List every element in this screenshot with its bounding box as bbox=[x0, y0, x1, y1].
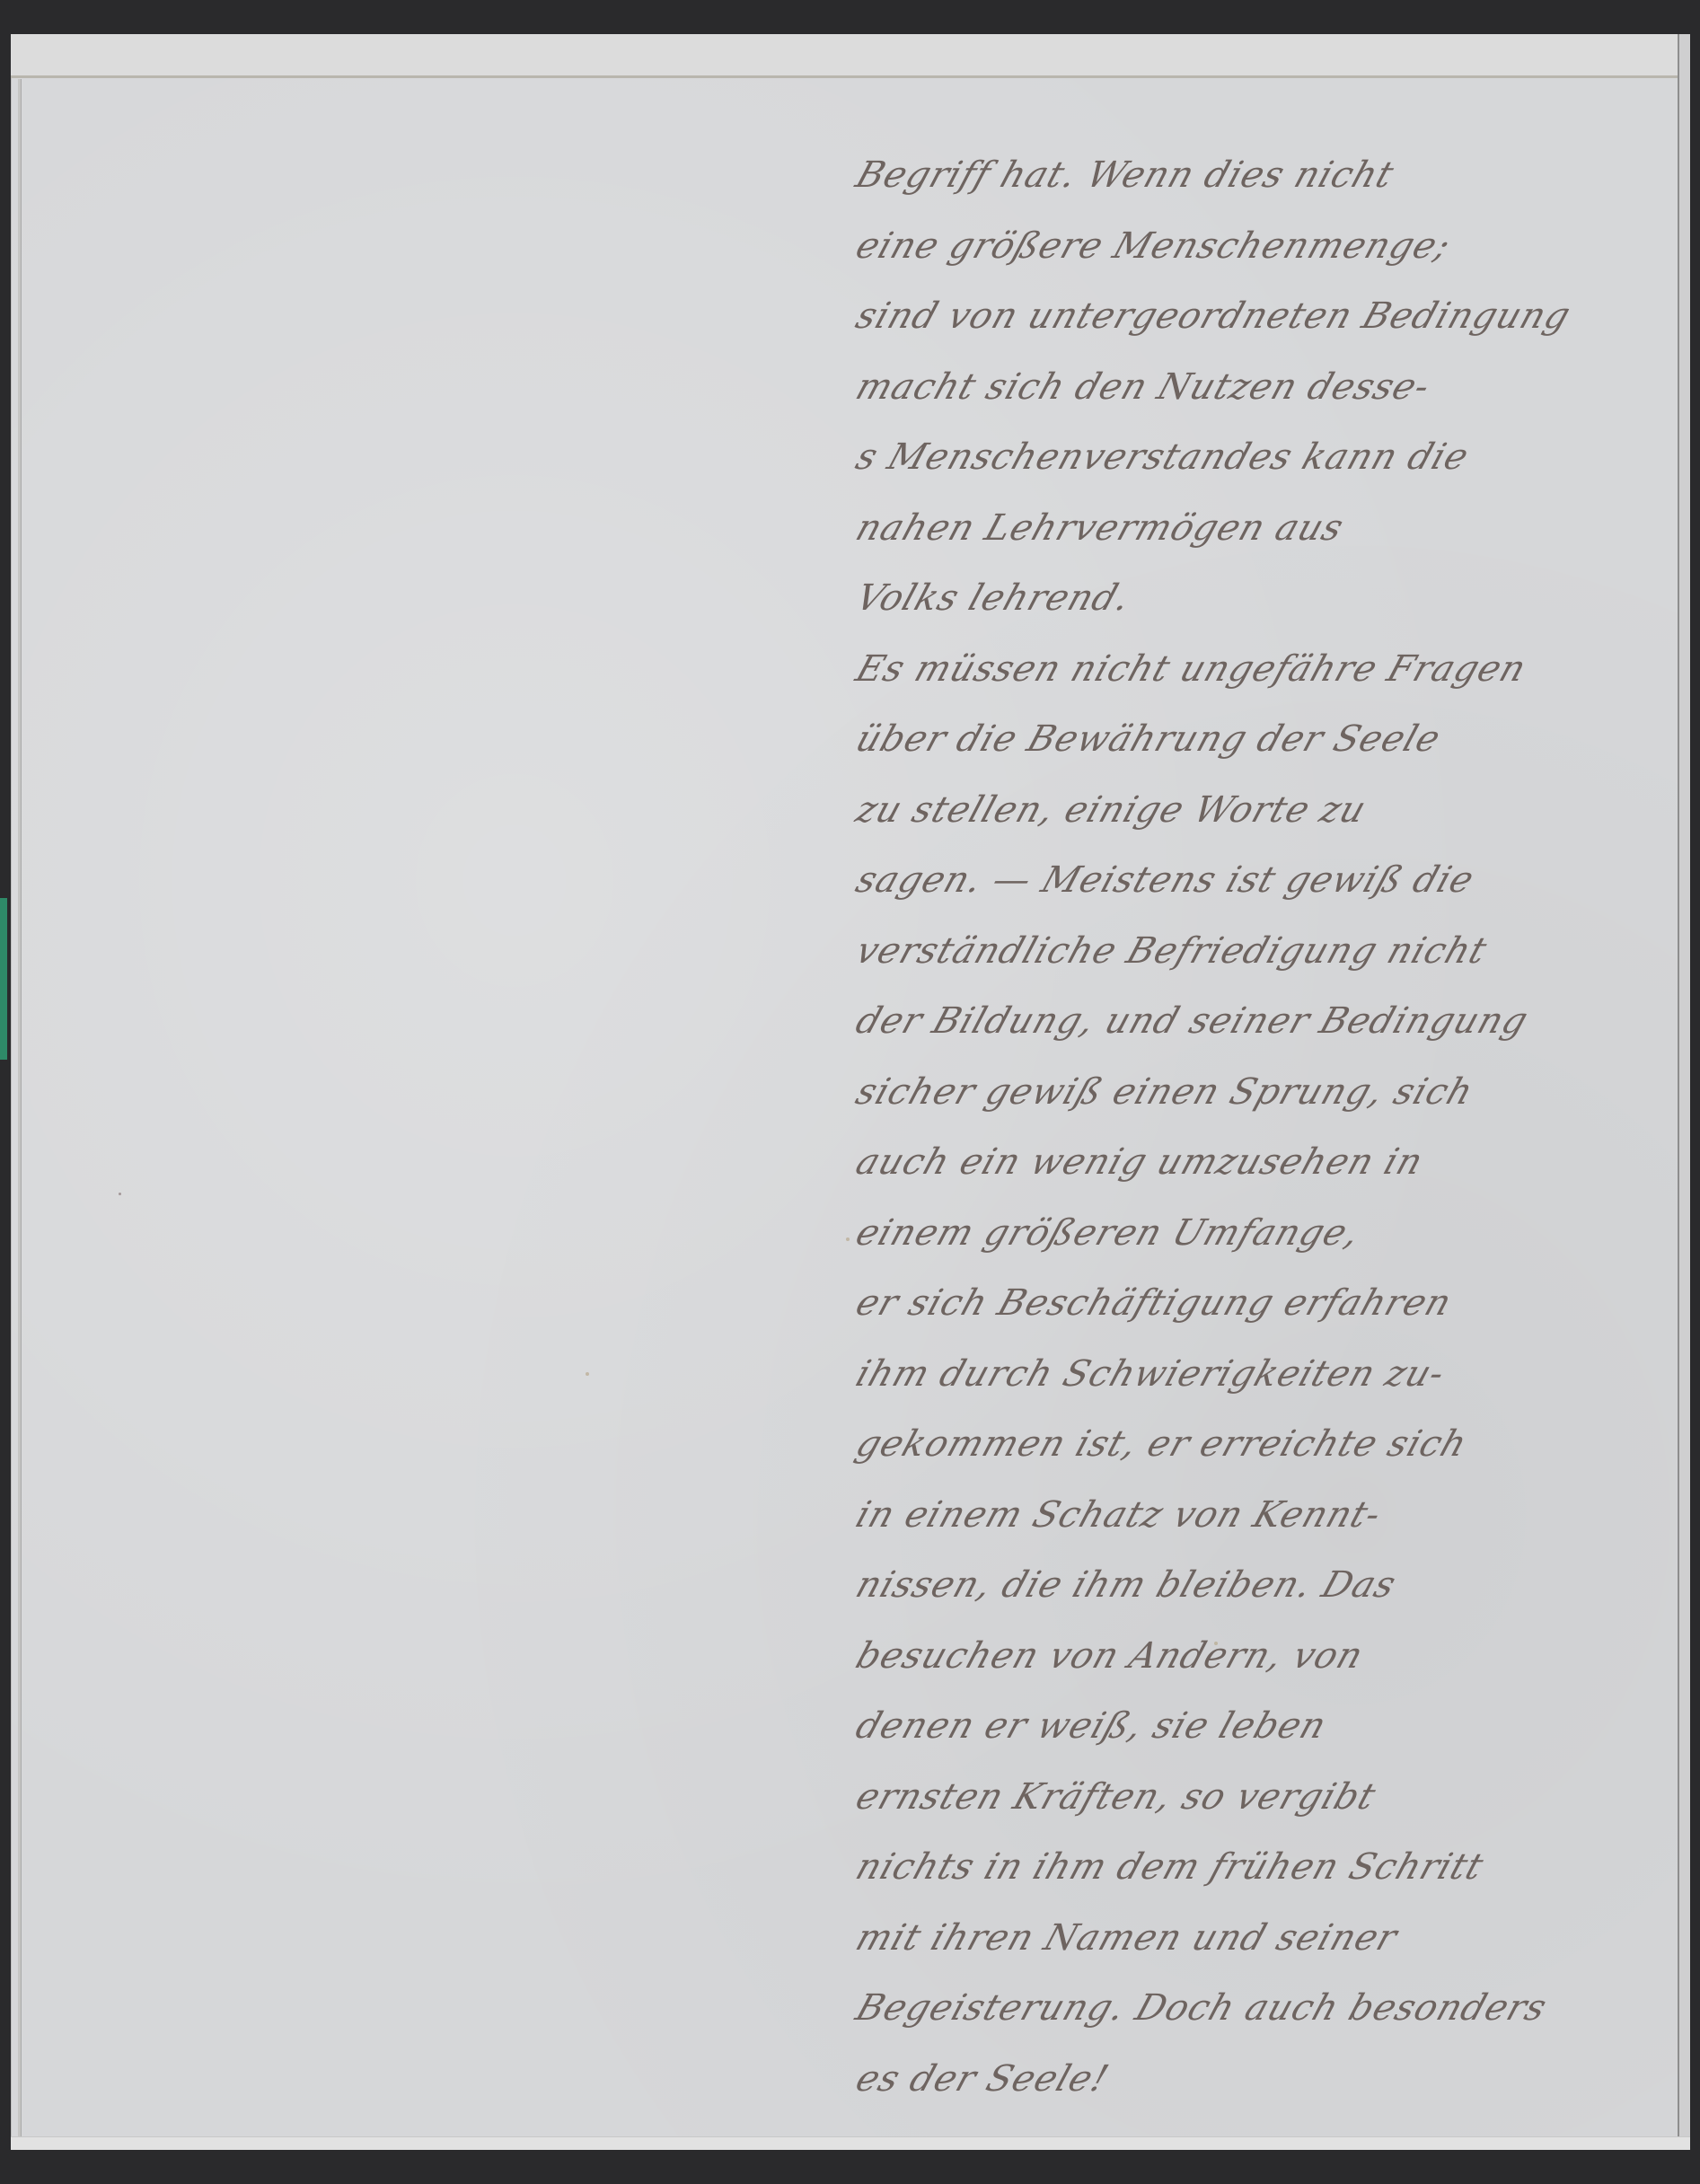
handwritten-line: sicher gewiß einen Sprung, sich bbox=[846, 1057, 1700, 1128]
handwritten-text: Begriff hat. Wenn dies nicht eine größer… bbox=[846, 140, 1700, 2114]
handwritten-line: Volks lehrend. bbox=[846, 563, 1700, 634]
handwritten-line: ihm durch Schwierigkeiten zu- bbox=[846, 1339, 1700, 1410]
handwritten-line: s Menschenverstandes kann die bbox=[846, 422, 1700, 493]
handwritten-line: zu stellen, einige Worte zu bbox=[846, 775, 1700, 846]
handwritten-line: ernsten Kräften, so vergibt bbox=[846, 1762, 1700, 1833]
handwritten-line: einem größeren Umfange, bbox=[846, 1198, 1700, 1269]
handwritten-line: sagen. — Meistens ist gewiß die bbox=[846, 845, 1700, 916]
handwritten-line: nissen, die ihm bleiben. Das bbox=[846, 1550, 1700, 1621]
handwritten-line: sind von untergeordneten Bedingung bbox=[846, 281, 1700, 352]
page-left-edge bbox=[18, 79, 22, 2144]
handwritten-line: er sich Beschäftigung erfahren bbox=[846, 1268, 1700, 1339]
handwritten-line: Es müssen nicht ungefähre Fragen bbox=[846, 634, 1700, 705]
manuscript-page: Begriff hat. Wenn dies nicht eine größer… bbox=[11, 34, 1690, 2150]
handwritten-line: es der Seele! bbox=[846, 2044, 1700, 2115]
handwritten-line: Begriff hat. Wenn dies nicht bbox=[846, 140, 1700, 211]
handwritten-line: Begeisterung. Doch auch besonders bbox=[846, 1973, 1700, 2044]
handwritten-line: in einem Schatz von Kennt- bbox=[846, 1480, 1700, 1551]
handwritten-line: verständliche Befriedigung nicht bbox=[846, 916, 1700, 987]
paper-speck bbox=[119, 1193, 121, 1195]
handwritten-line: nahen Lehrvermögen aus bbox=[846, 493, 1700, 564]
paper-speck bbox=[586, 1372, 589, 1376]
handwritten-line: besuchen von Andern, von bbox=[846, 1621, 1700, 1692]
handwritten-line: mit ihren Namen und seiner bbox=[846, 1903, 1700, 1974]
handwritten-line: über die Bewährung der Seele bbox=[846, 704, 1700, 775]
handwritten-line: gekommen ist, er erreichte sich bbox=[846, 1409, 1700, 1480]
handwritten-line: eine größere Menschenmenge; bbox=[846, 211, 1700, 282]
page-bottom-edge bbox=[11, 2136, 1690, 2150]
handwritten-line: auch ein wenig umzusehen in bbox=[846, 1127, 1700, 1198]
handwritten-line: denen er weiß, sie leben bbox=[846, 1691, 1700, 1762]
handwritten-line: der Bildung, und seiner Bedingung bbox=[846, 986, 1700, 1057]
page-top-fold bbox=[11, 34, 1690, 78]
green-bookmark-tab bbox=[0, 898, 7, 1060]
handwritten-line: macht sich den Nutzen desse- bbox=[846, 352, 1700, 423]
handwritten-line: nichts in ihm dem frühen Schritt bbox=[846, 1832, 1700, 1903]
